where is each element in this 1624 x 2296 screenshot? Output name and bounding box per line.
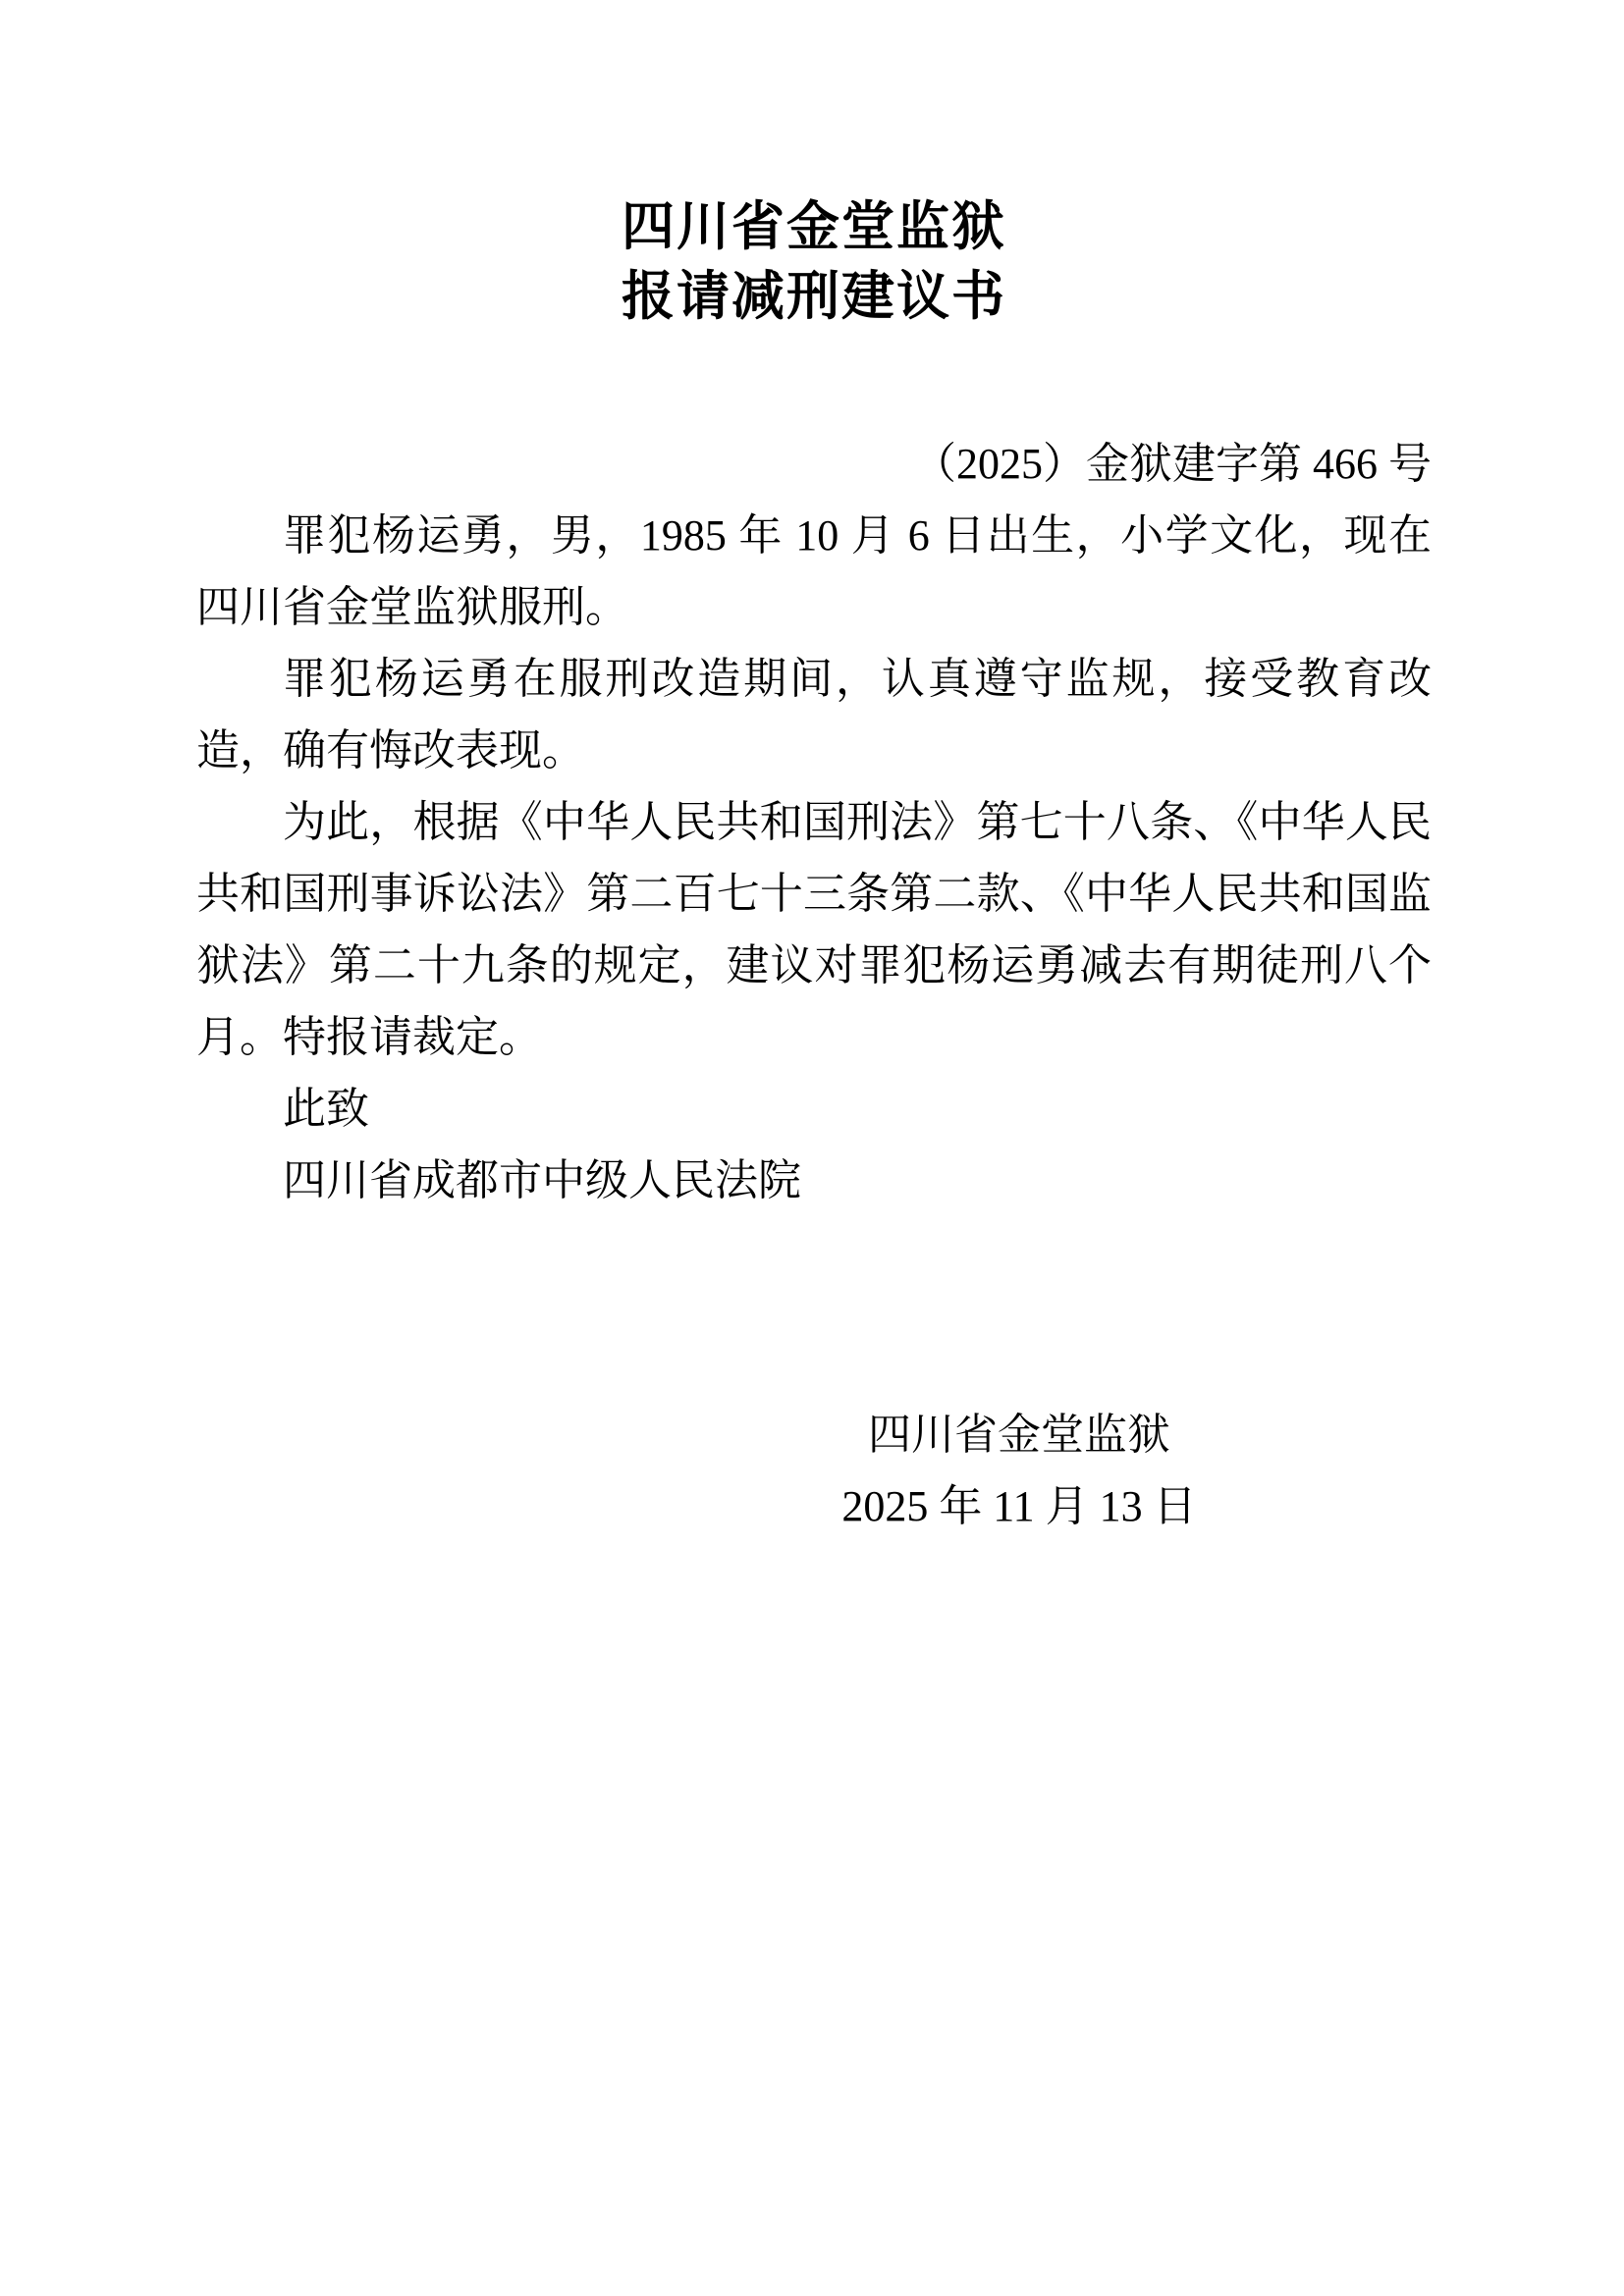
document-page: 四川省金堂监狱 报请减刑建议书 （2025）金狱建字第 466 号 罪犯杨运勇，… — [0, 0, 1624, 2296]
document-title: 四川省金堂监狱 报请减刑建议书 — [196, 192, 1432, 332]
signature-date: 2025 年 11 月 13 日 — [764, 1470, 1274, 1542]
signature-block: 四川省金堂监狱 2025 年 11 月 13 日 — [764, 1399, 1274, 1542]
document-number: （2025）金狱建字第 466 号 — [196, 428, 1432, 500]
recipient-court: 四川省成都市中级人民法院 — [196, 1145, 1432, 1216]
signature-org: 四川省金堂监狱 — [764, 1399, 1274, 1470]
paragraph-legal-basis: 为此，根据《中华人民共和国刑法》第七十八条、《中华人民共和国刑事诉讼法》第二百七… — [196, 786, 1432, 1073]
salutation: 此致 — [196, 1073, 1432, 1145]
document-content: 四川省金堂监狱 报请减刑建议书 （2025）金狱建字第 466 号 罪犯杨运勇，… — [196, 0, 1432, 1542]
title-line-org: 四川省金堂监狱 — [196, 192, 1432, 262]
paragraph-behavior: 罪犯杨运勇在服刑改造期间，认真遵守监规，接受教育改造，确有悔改表现。 — [196, 643, 1432, 786]
document-body: 罪犯杨运勇，男，1985 年 10 月 6 日出生，小学文化，现在四川省金堂监狱… — [196, 500, 1432, 1216]
title-line-type: 报请减刑建议书 — [196, 262, 1432, 332]
paragraph-offender-info: 罪犯杨运勇，男，1985 年 10 月 6 日出生，小学文化，现在四川省金堂监狱… — [196, 500, 1432, 643]
